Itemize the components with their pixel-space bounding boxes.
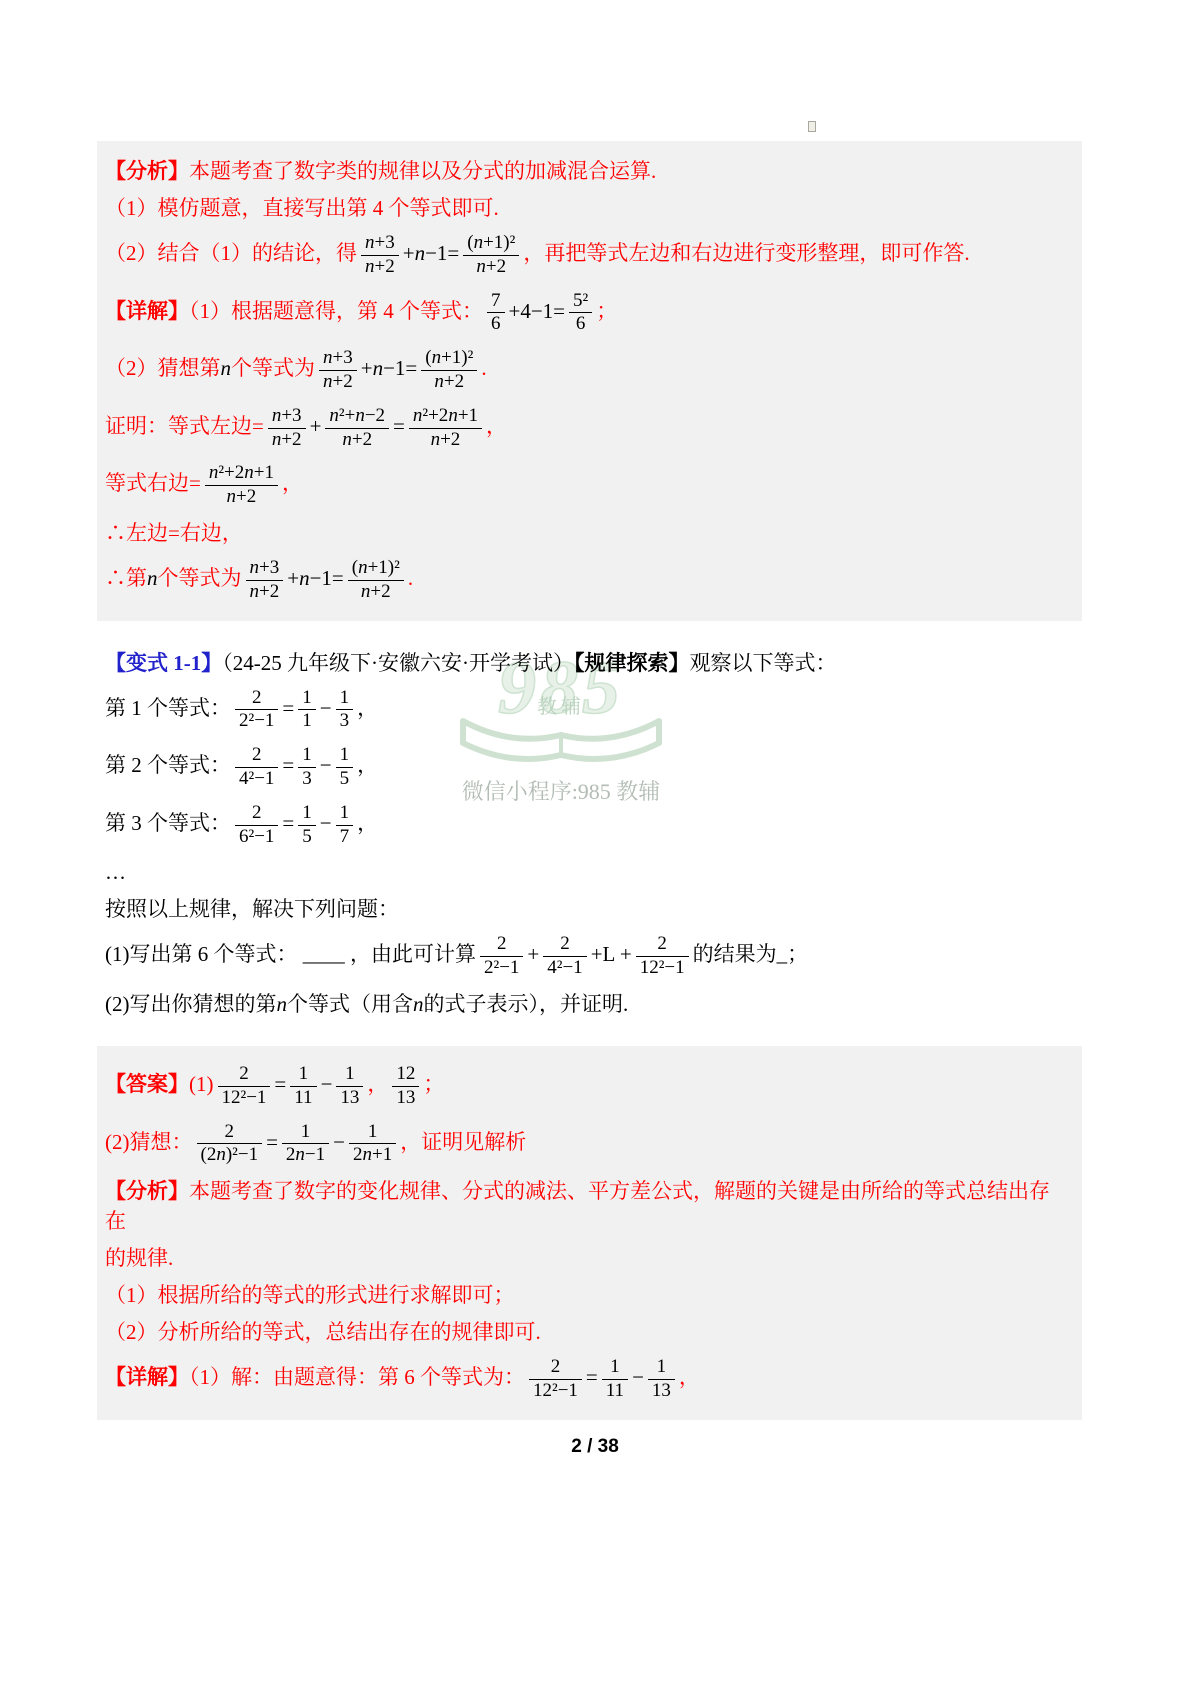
text-segment: +L + <box>591 942 632 966</box>
fraction: 212²−1 <box>218 1063 271 1110</box>
text-segment: + <box>310 414 322 438</box>
text-segment: ， <box>282 471 303 495</box>
text-segment: ∴第 <box>105 566 147 590</box>
text-segment: − <box>321 1072 333 1096</box>
text-segment: = <box>393 414 405 438</box>
text-line: 【变式 1-1】（24-25 九年级下·安徽六安·开学考试）【规律探索】观察以下… <box>105 648 1068 678</box>
fraction: n+3n+2 <box>246 557 284 604</box>
fraction: 15 <box>336 744 354 791</box>
text-segment: − <box>320 696 332 720</box>
text-segment: +n−1= <box>403 241 460 265</box>
fraction: 113 <box>648 1356 675 1403</box>
text-segment: = <box>282 753 294 777</box>
fraction: 12n+1 <box>349 1121 396 1168</box>
text-segment: ， <box>357 696 378 720</box>
text-segment: 第 1 个等式： <box>105 696 231 720</box>
fraction: 76 <box>487 290 505 337</box>
text-segment: （2）猜想第 <box>105 356 221 380</box>
text-segment: . <box>481 356 486 380</box>
answer-analysis-box: 【答案】(1)212²−1=111−113，1213；(2)猜想：2(2n)²−… <box>97 1046 1082 1420</box>
fraction: 17 <box>336 802 354 849</box>
text-line: （1）模仿题意，直接写出第 4 个等式即可. <box>105 193 1068 223</box>
text-line: … <box>105 857 1068 887</box>
text-line: ∴左边=右边， <box>105 518 1068 548</box>
text-line: (1)写出第 6 个等式： ____ ，由此可计算22²−1+24²−1+L +… <box>105 931 1068 982</box>
text-line: 【详解】（1）根据题意得，第 4 个等式：76+4−1=5²6； <box>105 288 1068 339</box>
text-segment: 等式右边= <box>105 471 201 495</box>
text-segment: （24-25 九年级下·安徽六安·开学考试） <box>222 651 574 675</box>
text-segment: = <box>282 696 294 720</box>
text-segment: （1）模仿题意，直接写出第 4 个等式即可. <box>105 196 499 220</box>
text-segment: （2）分析所给的等式，总结出存在的规律即可. <box>105 1320 541 1344</box>
fraction: 1213 <box>392 1063 419 1110</box>
fraction: 212²−1 <box>529 1356 582 1403</box>
fraction: n+3n+2 <box>319 347 357 394</box>
text-segment: 第 3 个等式： <box>105 811 231 835</box>
text-line: 第 3 个等式：26²−1=15−17， <box>105 800 1068 851</box>
text-segment: 【变式 1-1】 <box>105 651 222 675</box>
text-segment: 【详解】 <box>105 1365 189 1389</box>
fraction: 12n−1 <box>282 1121 329 1168</box>
text-segment: 【详解】 <box>105 299 189 323</box>
fraction: 24²−1 <box>543 933 586 980</box>
text-segment: 个等式为 <box>231 356 315 380</box>
fraction: 2(2n)²−1 <box>197 1121 263 1168</box>
text-segment: 按照以上规律，解决下列问题： <box>105 897 399 921</box>
text-segment: (2)写出你猜想的第 <box>105 992 277 1016</box>
text-segment: ， <box>486 414 507 438</box>
text-segment: + <box>527 942 539 966</box>
text-segment: 本题考查了数字类的规律以及分式的加减混合运算. <box>189 159 656 183</box>
fraction: n+3n+2 <box>361 232 399 279</box>
text-line: (2)猜想：2(2n)²−1=12n−1−12n+1，证明见解析 <box>105 1119 1068 1170</box>
text-segment: （1）根据题意得，第 4 个等式： <box>189 299 483 323</box>
text-segment: … <box>105 860 126 884</box>
text-line: 【答案】(1)212²−1=111−113，1213； <box>105 1061 1068 1112</box>
document-page: 985 教辅 微信小程序:985 教辅 【分析】本题考查了数字类的规律以及分式的… <box>0 0 1190 1683</box>
text-segment: − <box>320 811 332 835</box>
text-segment: (1) <box>189 1072 214 1096</box>
text-line: ∴第n个等式为n+3n+2+n−1=(n+1)²n+2. <box>105 555 1068 606</box>
page-number: 2 / 38 <box>0 1436 1190 1458</box>
text-segment: − <box>320 753 332 777</box>
text-line: （1）根据所给的等式的形式进行求解即可； <box>105 1280 1068 1310</box>
text-segment: 的结果为_； <box>693 942 809 966</box>
text-line: （2）结合（1）的结论，得n+3n+2+n−1=(n+1)²n+2，再把等式左边… <box>105 230 1068 281</box>
fraction: n+3n+2 <box>268 405 306 452</box>
text-segment: n <box>277 992 288 1016</box>
text-line: 【详解】（1）解：由题意得：第 6 个等式为：212²−1=111−113， <box>105 1354 1068 1405</box>
text-segment: ，再把等式左边和右边进行变形整理，即可作答. <box>523 241 969 265</box>
fraction: (n+1)²n+2 <box>463 232 519 279</box>
fraction: 13 <box>336 687 354 734</box>
text-segment: ， <box>679 1365 700 1389</box>
text-line: （2）分析所给的等式，总结出存在的规律即可. <box>105 1317 1068 1347</box>
text-line: (2)写出你猜想的第n个等式（用含n的式子表示），并证明. <box>105 989 1068 1019</box>
text-segment: （2）结合（1）的结论，得 <box>105 241 357 265</box>
fraction: (n+1)²n+2 <box>348 557 404 604</box>
fraction: 212²−1 <box>636 933 689 980</box>
text-segment: 本题考查了数字的变化规律、分式的减法、平方差公式，解题的关键是由所给的等式总结出… <box>105 1179 1050 1233</box>
fraction: 26²−1 <box>235 802 278 849</box>
text-segment: ∴左边=右边， <box>105 521 243 545</box>
fraction: 24²−1 <box>235 744 278 791</box>
fraction: 11 <box>298 687 316 734</box>
text-segment: (2)猜想： <box>105 1130 193 1154</box>
fraction: 15 <box>298 802 316 849</box>
stray-mark-icon <box>808 121 816 132</box>
text-segment: = <box>266 1130 278 1154</box>
text-line: 【分析】本题考查了数字类的规律以及分式的加减混合运算. <box>105 156 1068 186</box>
text-segment: n <box>147 566 158 590</box>
text-segment: ； <box>423 1072 444 1096</box>
text-segment: 第 2 个等式： <box>105 753 231 777</box>
fraction: 5²6 <box>569 290 592 337</box>
text-segment: +n−1= <box>361 356 418 380</box>
text-line: 第 1 个等式：22²−1=11−13， <box>105 685 1068 736</box>
text-segment: 个等式为 <box>158 566 242 590</box>
text-segment: − <box>333 1130 345 1154</box>
text-segment: ； <box>596 299 617 323</box>
text-segment: ， <box>357 753 378 777</box>
fraction: n²+2n+1n+2 <box>205 462 278 509</box>
text-segment: ，证明见解析 <box>400 1130 526 1154</box>
fraction: 113 <box>336 1063 363 1110</box>
text-segment: 【分析】 <box>105 159 189 183</box>
text-segment: +n−1= <box>287 566 344 590</box>
text-segment: 【规律探索】 <box>574 651 690 675</box>
text-segment: (1)写出第 6 个等式： ____ ，由此可计算 <box>105 942 476 966</box>
text-segment: = <box>586 1365 598 1389</box>
text-segment: ， <box>367 1072 388 1096</box>
text-line: 的规律. <box>105 1243 1068 1273</box>
variation-problem-section: 【变式 1-1】（24-25 九年级下·安徽六安·开学考试）【规律探索】观察以下… <box>97 633 1082 1034</box>
fraction: 111 <box>290 1063 316 1110</box>
text-segment: 个等式（用含 <box>287 992 413 1016</box>
fraction: 111 <box>602 1356 628 1403</box>
text-segment: . <box>408 566 413 590</box>
text-segment: 【分析】 <box>105 1179 189 1203</box>
text-segment: 【答案】 <box>105 1072 189 1096</box>
text-line: 证明：等式左边=n+3n+2+n²+n−2n+2=n²+2n+1n+2， <box>105 403 1068 454</box>
text-line: 等式右边=n²+2n+1n+2， <box>105 460 1068 511</box>
fraction: 22²−1 <box>235 687 278 734</box>
text-line: 按照以上规律，解决下列问题： <box>105 894 1068 924</box>
text-segment: （1）解：由题意得：第 6 个等式为： <box>189 1365 525 1389</box>
analysis-detail-box: 【分析】本题考查了数字类的规律以及分式的加减混合运算.（1）模仿题意，直接写出第… <box>97 141 1082 621</box>
fraction: 13 <box>298 744 316 791</box>
text-line: 【分析】本题考查了数字的变化规律、分式的减法、平方差公式，解题的关键是由所给的等… <box>105 1176 1068 1236</box>
fraction: 22²−1 <box>480 933 523 980</box>
fraction: n²+n−2n+2 <box>325 405 389 452</box>
text-segment: = <box>282 811 294 835</box>
text-segment: 观察以下等式： <box>689 651 836 675</box>
text-segment: n <box>413 992 424 1016</box>
text-line: 第 2 个等式：24²−1=13−15， <box>105 742 1068 793</box>
text-segment: ， <box>357 811 378 835</box>
text-segment: 证明：等式左边= <box>105 414 264 438</box>
text-segment: 的式子表示），并证明. <box>424 992 629 1016</box>
text-segment: − <box>632 1365 644 1389</box>
fraction: (n+1)²n+2 <box>421 347 477 394</box>
text-segment: n <box>221 356 232 380</box>
text-segment: +4−1= <box>509 299 566 323</box>
text-line: （2）猜想第n个等式为n+3n+2+n−1=(n+1)²n+2. <box>105 345 1068 396</box>
text-segment: = <box>274 1072 286 1096</box>
text-segment: 的规律. <box>105 1246 173 1270</box>
fraction: n²+2n+1n+2 <box>409 405 482 452</box>
text-segment: （1）根据所给的等式的形式进行求解即可； <box>105 1283 515 1307</box>
